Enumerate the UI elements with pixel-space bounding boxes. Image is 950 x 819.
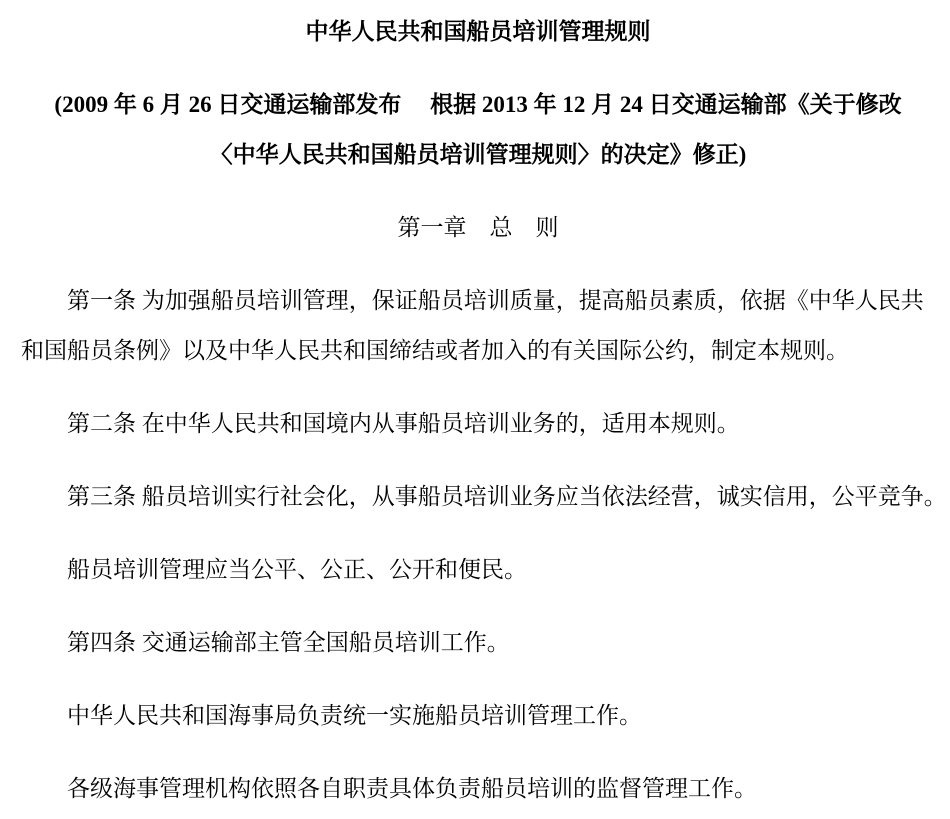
document-page: 中华人民共和国船员培训管理规则 (2009 年 6 月 26 日交通运输部发布 …	[0, 0, 950, 819]
text-line: 中华人民共和国海事局负责统一实施船员培训管理工作。	[21, 691, 935, 741]
article-paragraph: 船员培训管理应当公平、公正、公开和便民。	[21, 545, 935, 595]
chapter-heading: 第一章 总 则	[21, 203, 935, 253]
article-body: 第一条 为加强船员培训管理，保证船员培训质量，提高船员素质，依据《中华人民共 和…	[21, 276, 935, 814]
amendment-note: (2009 年 6 月 26 日交通运输部发布 根据 2013 年 12 月 2…	[21, 80, 935, 180]
text-line: 第四条 交通运输部主管全国船员培训工作。	[21, 618, 935, 668]
article-paragraph: 第二条 在中华人民共和国境内从事船员培训业务的，适用本规则。	[21, 399, 935, 449]
text-line: 第一条 为加强船员培训管理，保证船员培训质量，提高船员素质，依据《中华人民共	[21, 276, 935, 326]
text-line: 第三条 船员培训实行社会化，从事船员培训业务应当依法经营，诚实信用，公平竞争。	[21, 472, 935, 522]
text-line: 各级海事管理机构依照各自职责具体负责船员培训的监督管理工作。	[21, 764, 935, 814]
article-paragraph: 第四条 交通运输部主管全国船员培训工作。	[21, 618, 935, 668]
article-paragraph: 第一条 为加强船员培训管理，保证船员培训质量，提高船员素质，依据《中华人民共 和…	[21, 276, 935, 376]
amendment-note-line: (2009 年 6 月 26 日交通运输部发布 根据 2013 年 12 月 2…	[21, 80, 935, 130]
text-line: 第二条 在中华人民共和国境内从事船员培训业务的，适用本规则。	[21, 399, 935, 449]
article-paragraph: 各级海事管理机构依照各自职责具体负责船员培训的监督管理工作。	[21, 764, 935, 814]
article-paragraph: 中华人民共和国海事局负责统一实施船员培训管理工作。	[21, 691, 935, 741]
text-line: 和国船员条例》以及中华人民共和国缔结或者加入的有关国际公约，制定本规则。	[21, 326, 935, 376]
text-line: 船员培训管理应当公平、公正、公开和便民。	[21, 545, 935, 595]
document-title: 中华人民共和国船员培训管理规则	[21, 7, 935, 57]
article-paragraph: 第三条 船员培训实行社会化，从事船员培训业务应当依法经营，诚实信用，公平竞争。	[21, 472, 935, 522]
amendment-note-line: 〈中华人民共和国船员培训管理规则〉的决定》修正)	[21, 130, 935, 180]
